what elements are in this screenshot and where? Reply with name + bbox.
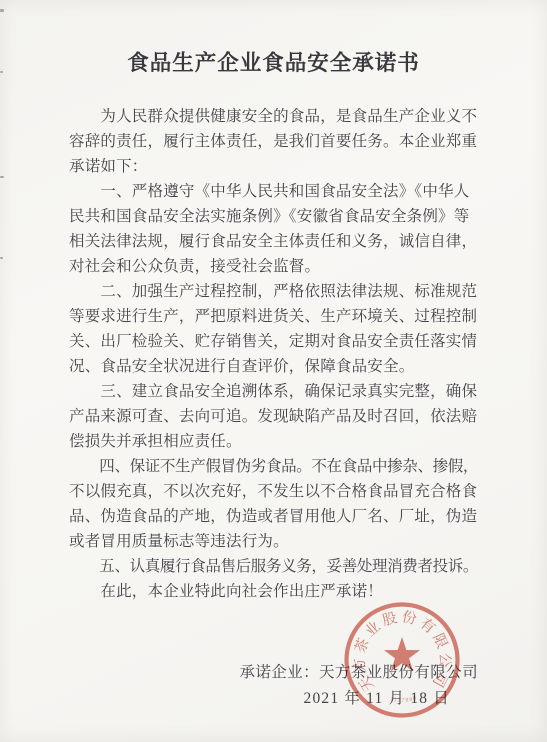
scanned-document-page: 食品生产企业食品安全承诺书 为人民群众提供健康安全的食品，是食品生产企业义不 容… — [0, 0, 547, 742]
body-line: 相关法律法规，履行食品安全主体责任和义务，诚信自律， — [69, 229, 481, 254]
document-body: 为人民群众提供健康安全的食品，是食品生产企业义不 容辞的责任，履行主体责任，是我… — [69, 104, 481, 604]
body-line: 一、严格遵守《中华人民共和国食品安全法》《中华人 — [69, 179, 481, 204]
signature-company-name: 天方茶业股份有限公司 — [319, 664, 478, 681]
body-line: 关、出厂检验关、贮存销售关，定期对食品安全责任落实情 — [69, 329, 481, 354]
body-line: 为人民群众提供健康安全的食品，是食品生产企业义不 — [69, 104, 481, 129]
body-line: 不以假充真，不以次充好，不发生以不合格食品冒充合格食 — [69, 479, 481, 504]
body-line: 在此，本企业特此向社会作出庄严承诺！ — [69, 579, 481, 604]
scan-artifact — [0, 176, 4, 178]
scan-artifact — [0, 9, 4, 12]
body-line: 容辞的责任，履行主体责任，是我们首要任务。本企业郑重 — [69, 129, 481, 154]
body-line: 三、建立食品安全追溯体系，确保记录真实完整，确保 — [69, 379, 481, 404]
body-line: 品、伪造食品的产地，伪造或者冒用他人厂名、厂址，伪造 — [69, 504, 481, 529]
body-line: 等要求进行生产，严把原料进货关、生产环境关、过程控制 — [69, 304, 481, 329]
body-line: 承诺如下： — [69, 154, 481, 179]
body-line: 二、加强生产过程控制，严格依照法律法规、标准规范 — [69, 279, 481, 304]
body-line: 况、食品安全状况进行自查评价，保障食品安全。 — [69, 354, 481, 379]
body-line: 民共和国食品安全法实施条例》《安徽省食品安全条例》等 — [69, 204, 481, 229]
signature-company-line: 承诺企业：天方茶业股份有限公司 — [239, 662, 478, 684]
signature-company-label: 承诺企业： — [239, 664, 319, 681]
document-title: 食品生产企业食品安全承诺书 — [0, 46, 547, 77]
body-line: 产品来源可查、去向可追。发现缺陷产品及时召回，依法赔 — [69, 404, 481, 429]
body-line: 对社会和公众负责，接受社会监督。 — [69, 254, 481, 279]
body-line: 五、认真履行食品售后服务义务，妥善处理消费者投诉。 — [69, 554, 481, 579]
body-line: 四、保证不生产假冒伪劣食品。不在食品中掺杂、掺假， — [69, 454, 481, 479]
body-line: 或者冒用质量标志等违法行为。 — [69, 529, 481, 554]
scan-artifact — [0, 257, 3, 259]
body-line: 偿损失并承担相应责任。 — [69, 429, 481, 454]
signature-date-line: 2021 年 11 月 18 日 — [304, 688, 451, 710]
